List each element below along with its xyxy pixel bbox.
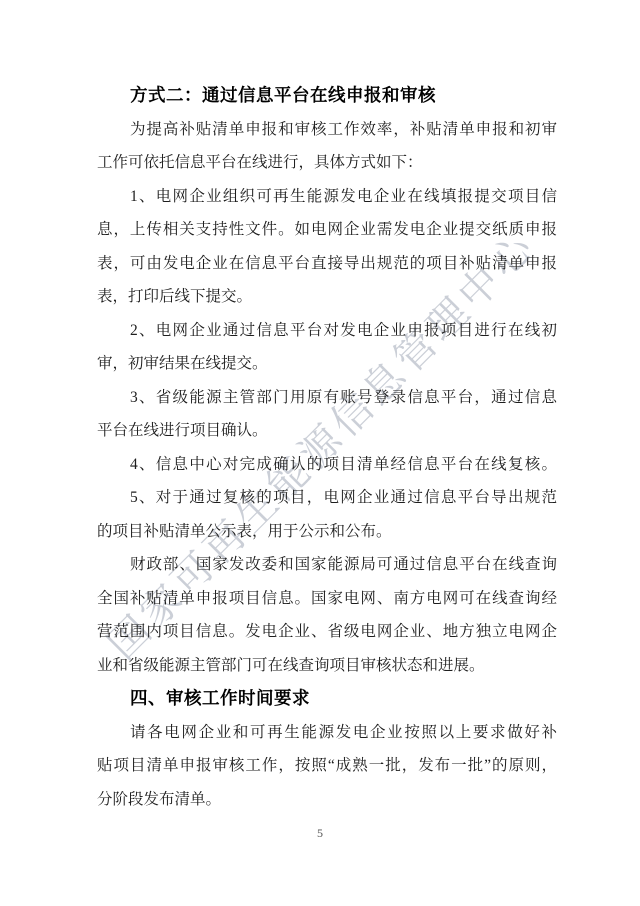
page-number: 5 (0, 824, 640, 842)
text-line: 平台在线进行项目确认。 (97, 414, 557, 448)
text-line: 营范围内项目信息。发电企业、省级电网企业、地方独立电网企 (97, 615, 557, 649)
document-page: 国家可再生能源信息管理中心 方式二：通过信息平台在线申报和审核为提高补贴清单申报… (0, 0, 640, 906)
text-line: 2、电网企业通过信息平台对发电企业申报项目进行在线初 (97, 314, 557, 348)
text-line: 分阶段发布清单。 (97, 783, 557, 817)
text-line: 业和省级能源主管部门可在线查询项目审核状态和进展。 (97, 649, 557, 683)
text-line: 1、电网企业组织可再生能源发电企业在线填报提交项目信 (97, 180, 557, 214)
text-line: 4、信息中心对完成确认的项目清单经信息平台在线复核。 (97, 448, 557, 482)
text-line: 表，可由发电企业在信息平台直接导出规范的项目补贴清单申报 (97, 247, 557, 281)
text-line: 全国补贴清单申报项目信息。国家电网、南方电网可在线查询经 (97, 582, 557, 616)
text-line: 工作可依托信息平台在线进行，具体方式如下： (97, 146, 557, 180)
text-line: 3、省级能源主管部门用原有账号登录信息平台，通过信息 (97, 381, 557, 415)
text-line: 5、对于通过复核的项目，电网企业通过信息平台导出规范 (97, 481, 557, 515)
section-heading: 四、审核工作时间要求 (97, 682, 557, 716)
text-line: 息，上传相关支持性文件。如电网企业需发电企业提交纸质申报 (97, 213, 557, 247)
text-line: 表，打印后线下提交。 (97, 280, 557, 314)
document-body: 方式二：通过信息平台在线申报和审核为提高补贴清单申报和审核工作效率，补贴清单申报… (97, 79, 557, 816)
section-heading: 方式二：通过信息平台在线申报和审核 (97, 79, 557, 113)
text-line: 财政部、国家发改委和国家能源局可通过信息平台在线查询 (97, 548, 557, 582)
text-line: 请各电网企业和可再生能源发电企业按照以上要求做好补 (97, 716, 557, 750)
text-line: 贴项目清单申报审核工作，按照“成熟一批，发布一批”的原则， (97, 749, 557, 783)
text-line: 为提高补贴清单申报和审核工作效率，补贴清单申报和初审 (97, 113, 557, 147)
text-line: 审，初审结果在线提交。 (97, 347, 557, 381)
text-line: 的项目补贴清单公示表，用于公示和公布。 (97, 515, 557, 549)
